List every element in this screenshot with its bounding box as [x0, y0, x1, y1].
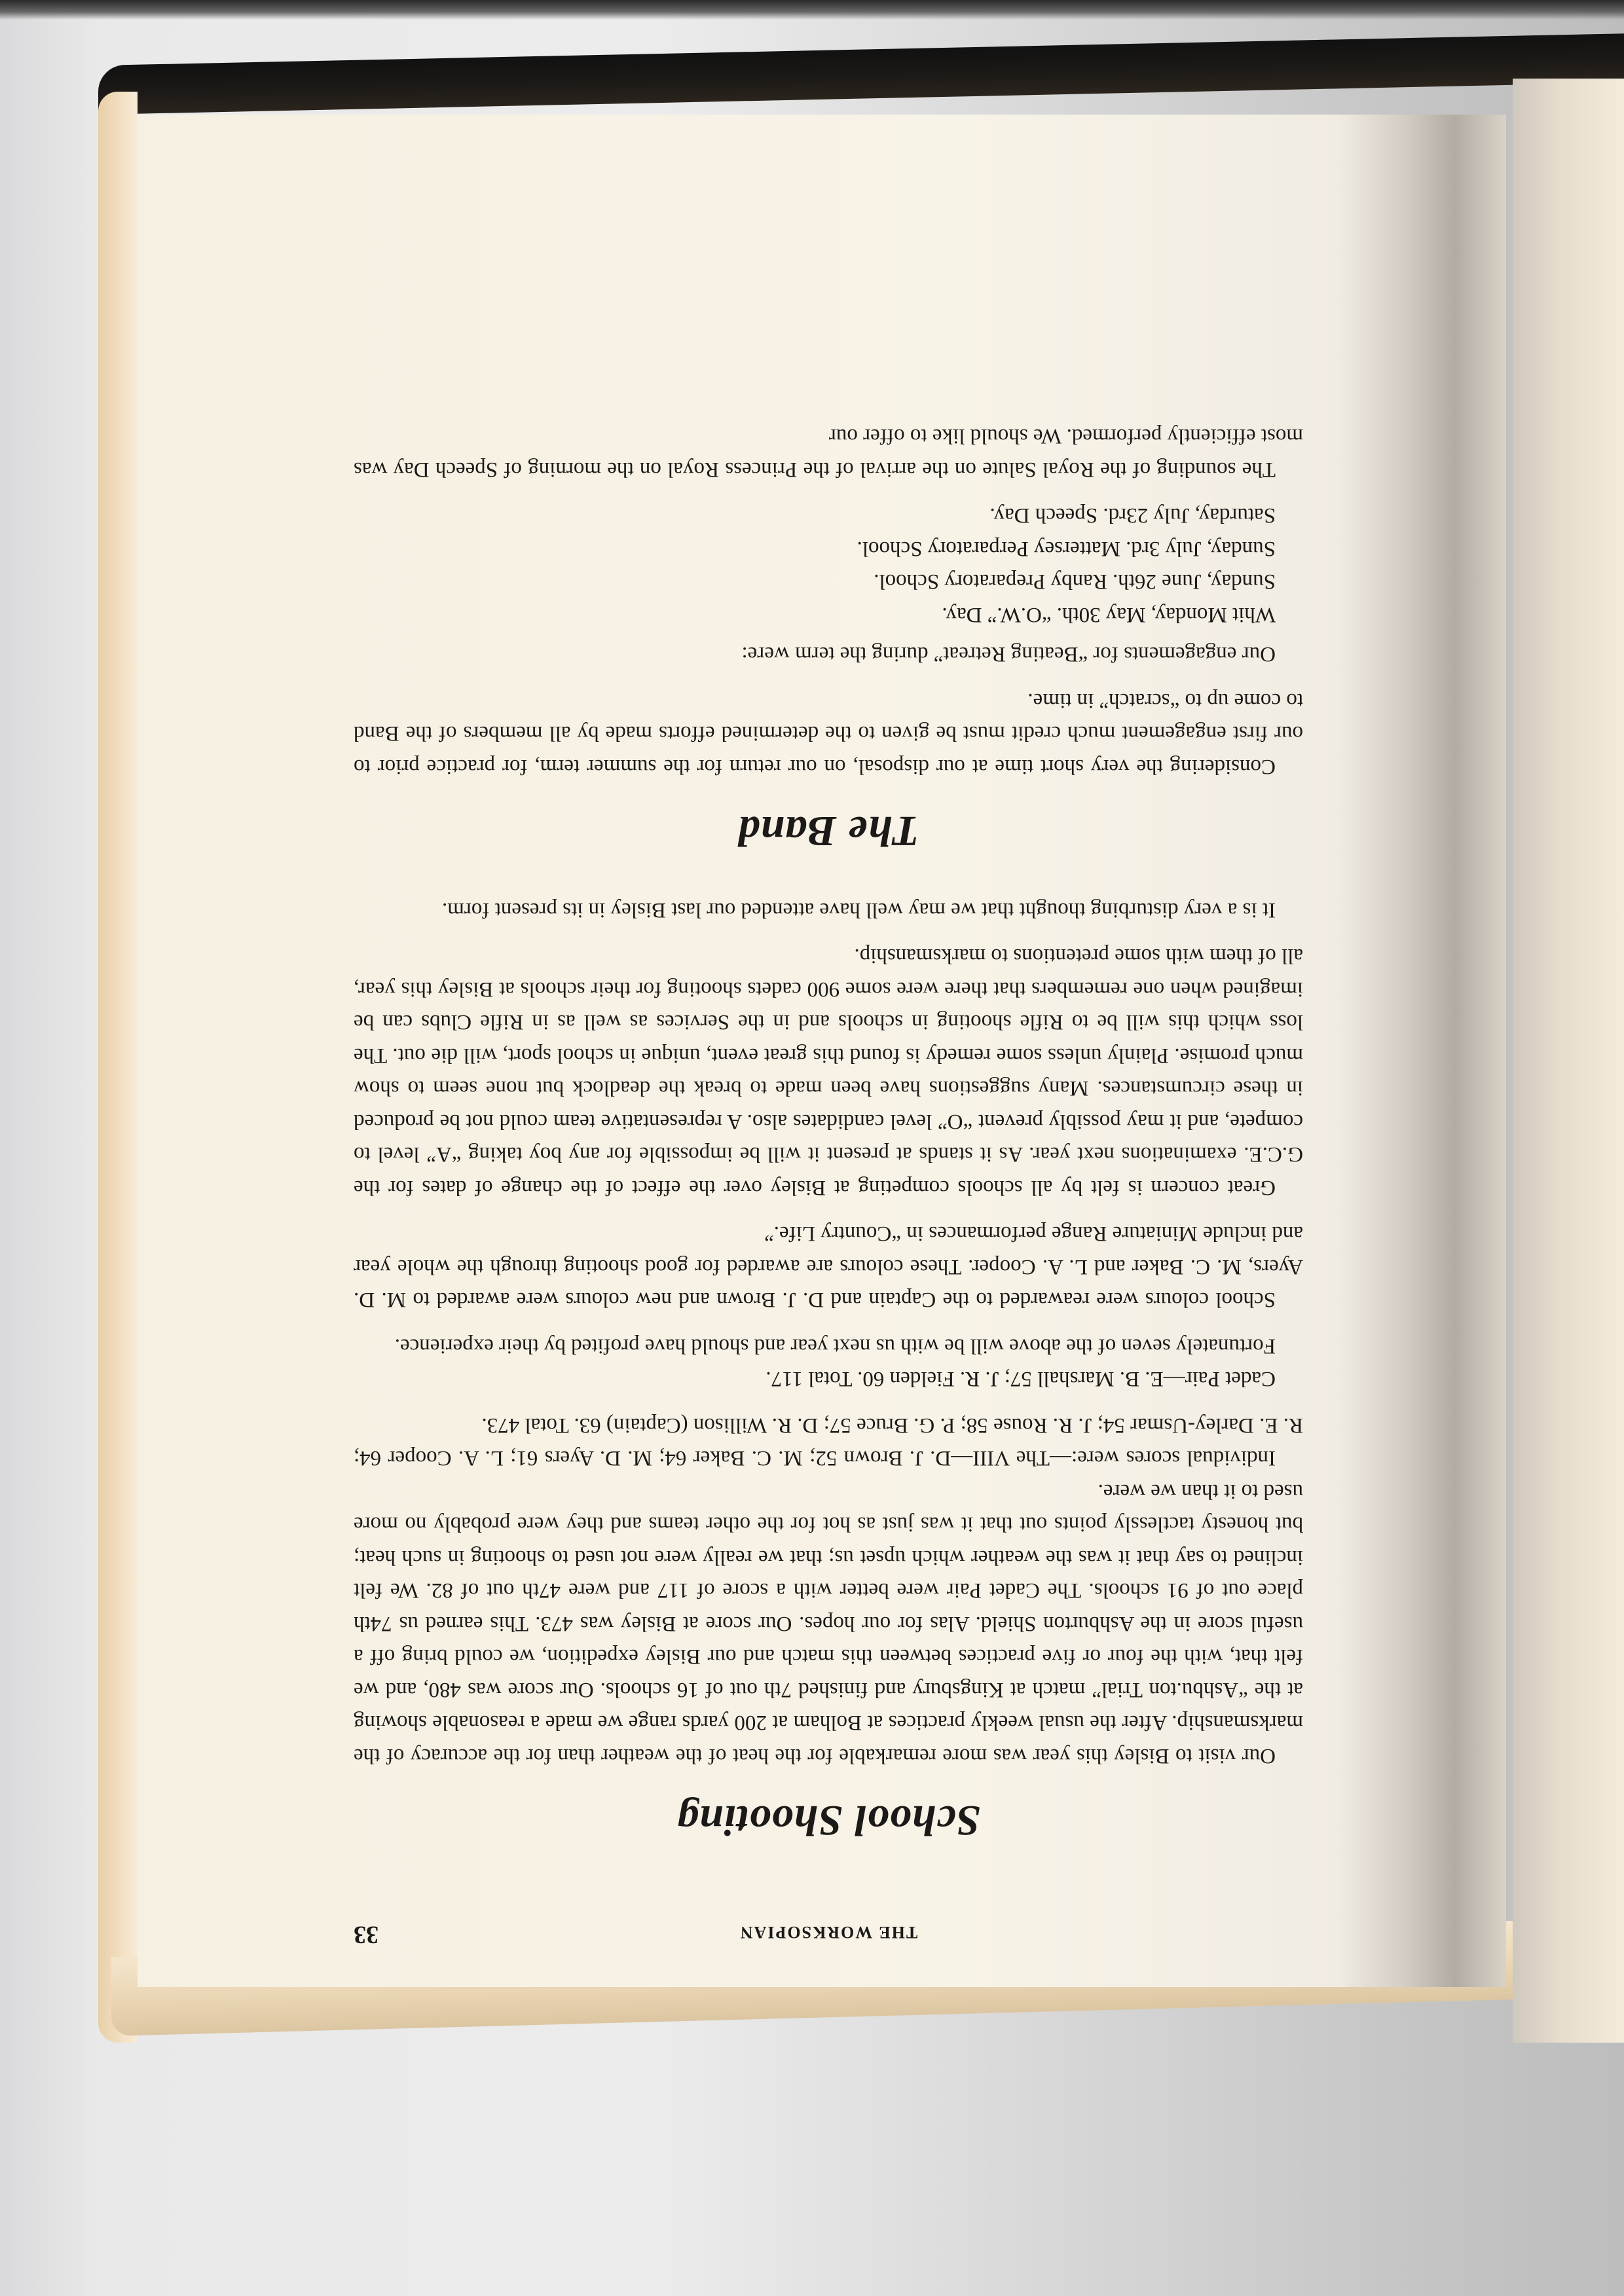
binding-gutter-shadow [1336, 115, 1506, 1987]
paragraph: Our visit to Bisley this year was more r… [354, 1475, 1303, 1773]
section-heading: The Band [354, 814, 1303, 848]
scores-cadet-pair: Cadet Pair—E. B. Marshall 57; J. R. Fiel… [354, 1362, 1303, 1396]
engagement-list: Whit Monday, May 30th. “O.W.” Day. Sunda… [354, 499, 1276, 631]
engagement-item: Sunday, June 26th. Ranby Preparatory Sch… [354, 565, 1276, 598]
scores-viii: Individual scores were:—The VIII—D. J. B… [354, 1409, 1303, 1475]
engagement-item: Sunday, July 3rd. Mattersey Perparatory … [354, 532, 1276, 566]
paragraph: School colours were reawarded to the Cap… [354, 1217, 1303, 1317]
section-the-band: The Band Considering the very short time… [354, 420, 1303, 848]
book-cover-edge [98, 33, 1624, 115]
section-heading: School Shooting [354, 1804, 1303, 1837]
engagement-item: Whit Monday, May 30th. “O.W.” Day. [354, 598, 1276, 632]
page-text-upside-down: THE WORKSOPIAN 33 School Shooting Our vi… [354, 354, 1303, 1951]
scanner-top-shadow [0, 0, 1624, 20]
paragraph: The sounding of the Royal Salute on the … [354, 420, 1303, 486]
paragraph: Great concern is felt by all schools com… [354, 939, 1303, 1204]
page-number: 33 [354, 1918, 393, 1952]
engagement-item: Saturday, July 23rd. Speech Day. [354, 499, 1276, 532]
paragraph: Considering the very short time at our d… [354, 684, 1303, 784]
individual-scores: Individual scores were:—The VIII—D. J. B… [354, 1362, 1303, 1475]
publication-title: THE WORKSOPIAN [393, 1916, 1264, 1949]
page-stack-edge-left [98, 92, 138, 2043]
facing-page [1513, 79, 1624, 2043]
paragraph: It is a very disturbing thought that we … [354, 894, 1303, 927]
section-school-shooting: School Shooting Our visit to Bisley this… [354, 894, 1303, 1837]
paragraph: Our engagements for “Beating Retreat” du… [354, 638, 1303, 671]
running-head: THE WORKSOPIAN 33 [354, 1916, 1303, 1952]
paragraph: Fortunately seven of the above will be w… [354, 1330, 1303, 1363]
